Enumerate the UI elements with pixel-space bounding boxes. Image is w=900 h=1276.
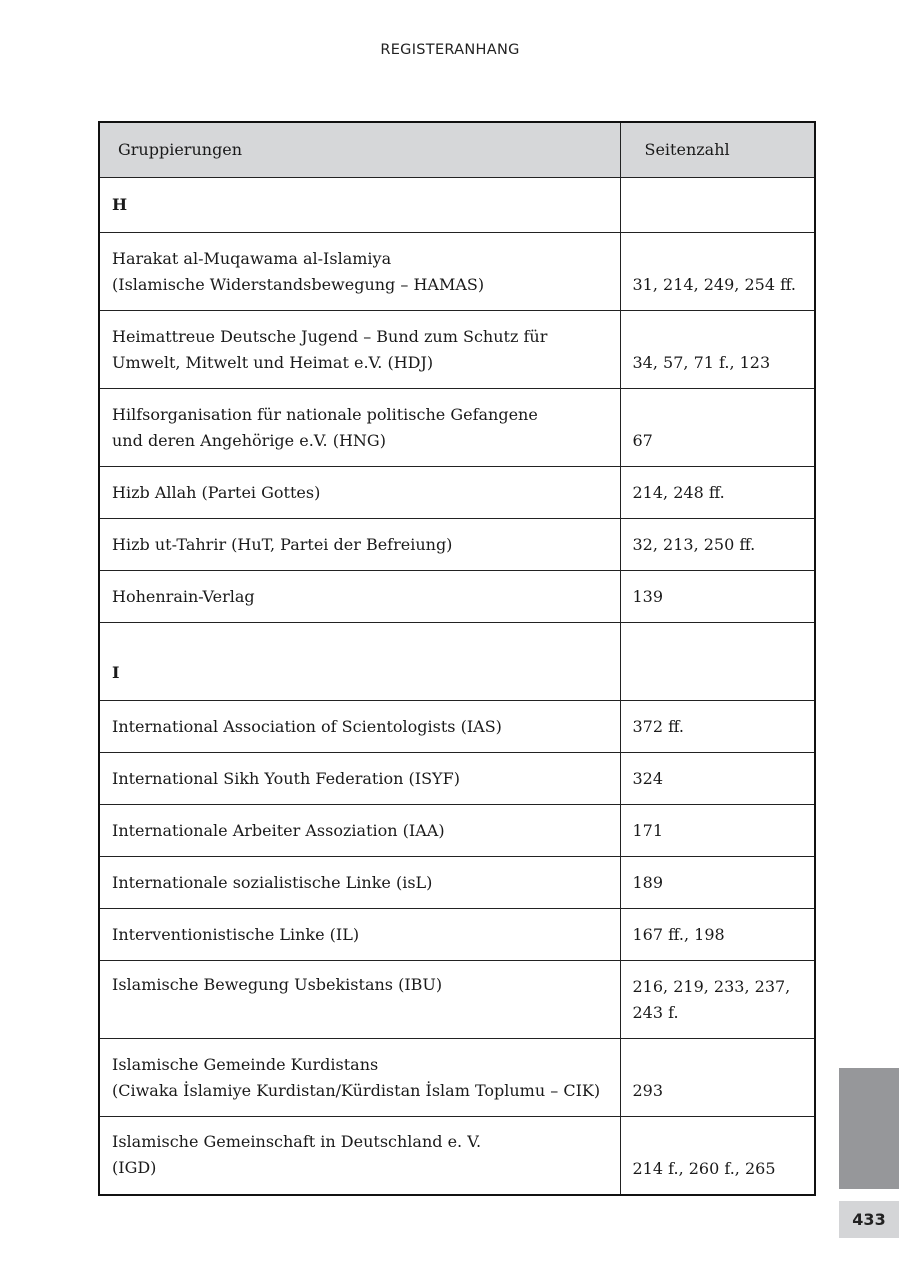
group-name-line: und deren Angehörige e.V. (HNG) (112, 428, 608, 454)
page-refs-line: 189 (633, 870, 803, 896)
page-refs-line: 214 f., 260 f., 265 (633, 1156, 803, 1182)
page-refs: 189 (620, 857, 815, 909)
column-header-groups: Gruppierungen (99, 122, 620, 178)
group-name: Islamische Gemeinschaft in Deutschland e… (99, 1117, 620, 1195)
group-name-line: Internationale Arbeiter Assoziation (IAA… (112, 818, 608, 844)
page-refs: 31, 214, 249, 254 ff. (620, 233, 815, 311)
index-table: Gruppierungen Seitenzahl HHarakat al-Muq… (98, 121, 816, 1196)
group-name: Hohenrain-Verlag (99, 571, 620, 623)
page-refs: 214, 248 ff. (620, 467, 815, 519)
table-row: Interventionistische Linke (IL)167 ff., … (99, 909, 815, 961)
table-row: Internationale Arbeiter Assoziation (IAA… (99, 805, 815, 857)
group-name-line: Internationale sozialistische Linke (isL… (112, 870, 608, 896)
section-letter: H (99, 178, 620, 233)
group-name-line: Islamische Gemeinde Kurdistans (112, 1052, 608, 1078)
page-refs: 34, 57, 71 f., 123 (620, 311, 815, 389)
page-refs: 139 (620, 571, 815, 623)
table-row: Harakat al-Muqawama al-Islamiya(Islamisc… (99, 233, 815, 311)
page-refs-line: 324 (633, 766, 803, 792)
group-name-line: (IGD) (112, 1155, 608, 1181)
page-refs: 372 ff. (620, 701, 815, 753)
group-name: International Association of Scientologi… (99, 701, 620, 753)
group-name-line: Hizb Allah (Partei Gottes) (112, 480, 608, 506)
group-name-line: Islamische Bewegung Usbekistans (IBU) (112, 972, 608, 998)
table-row: Islamische Bewegung Usbekistans (IBU)216… (99, 961, 815, 1039)
table-row: Hizb Allah (Partei Gottes)214, 248 ff. (99, 467, 815, 519)
table-row: Islamische Gemeinde Kurdistans(Ciwaka İs… (99, 1039, 815, 1117)
page-refs-line: 171 (633, 818, 803, 844)
group-name: Heimattreue Deutsche Jugend – Bund zum S… (99, 311, 620, 389)
table-row: Internationale sozialistische Linke (isL… (99, 857, 815, 909)
table-header-row: Gruppierungen Seitenzahl (99, 122, 815, 178)
page-refs: 293 (620, 1039, 815, 1117)
group-name-line: (Islamische Widerstandsbewegung – HAMAS) (112, 272, 608, 298)
section-pages (620, 623, 815, 701)
group-name-line: Heimattreue Deutsche Jugend – Bund zum S… (112, 324, 608, 350)
page-refs-line: 293 (633, 1078, 803, 1104)
page-refs: 324 (620, 753, 815, 805)
group-name: Islamische Bewegung Usbekistans (IBU) (99, 961, 620, 1039)
table-row: Islamische Gemeinschaft in Deutschland e… (99, 1117, 815, 1195)
group-name: Harakat al-Muqawama al-Islamiya(Islamisc… (99, 233, 620, 311)
section-letter: I (99, 623, 620, 701)
page-refs-line: 372 ff. (633, 714, 803, 740)
page-number: 433 (839, 1201, 899, 1238)
table-row: International Association of Scientologi… (99, 701, 815, 753)
table-row: Hohenrain-Verlag139 (99, 571, 815, 623)
group-name: Internationale Arbeiter Assoziation (IAA… (99, 805, 620, 857)
group-name-line: Hizb ut-Tahrir (HuT, Partei der Befreiun… (112, 532, 608, 558)
group-name-line: Hohenrain-Verlag (112, 584, 608, 610)
page-refs: 32, 213, 250 ff. (620, 519, 815, 571)
group-name: Hilfsorganisation für nationale politisc… (99, 389, 620, 467)
group-name-line: (Ciwaka İslamiye Kurdistan/Kürdistan İsl… (112, 1078, 608, 1104)
section-row: H (99, 178, 815, 233)
group-name-line: Hilfsorganisation für nationale politisc… (112, 402, 608, 428)
table-row: Heimattreue Deutsche Jugend – Bund zum S… (99, 311, 815, 389)
column-header-pages: Seitenzahl (620, 122, 815, 178)
group-name: Interventionistische Linke (IL) (99, 909, 620, 961)
page-refs: 214 f., 260 f., 265 (620, 1117, 815, 1195)
page-refs: 171 (620, 805, 815, 857)
group-name-line: Interventionistische Linke (IL) (112, 922, 608, 948)
section-row: I (99, 623, 815, 701)
page-refs-line: 167 ff., 198 (633, 922, 803, 948)
group-name: Hizb Allah (Partei Gottes) (99, 467, 620, 519)
group-name: Hizb ut-Tahrir (HuT, Partei der Befreiun… (99, 519, 620, 571)
group-name-line: Harakat al-Muqawama al-Islamiya (112, 246, 608, 272)
table-body: HHarakat al-Muqawama al-Islamiya(Islamis… (99, 178, 815, 1195)
table-row: Hizb ut-Tahrir (HuT, Partei der Befreiun… (99, 519, 815, 571)
group-name-line: International Sikh Youth Federation (ISY… (112, 766, 608, 792)
page-refs: 67 (620, 389, 815, 467)
page-refs: 216, 219, 233, 237,243 f. (620, 961, 815, 1039)
page-refs-line: 32, 213, 250 ff. (633, 532, 803, 558)
page-refs-line: 34, 57, 71 f., 123 (633, 350, 803, 376)
group-name: International Sikh Youth Federation (ISY… (99, 753, 620, 805)
group-name-line: Umwelt, Mitwelt und Heimat e.V. (HDJ) (112, 350, 608, 376)
page-refs-line: 67 (633, 428, 803, 454)
group-name: Islamische Gemeinde Kurdistans(Ciwaka İs… (99, 1039, 620, 1117)
page-refs-line: 139 (633, 584, 803, 610)
thumb-index-tab (839, 1068, 899, 1189)
table-row: Hilfsorganisation für nationale politisc… (99, 389, 815, 467)
group-name: Internationale sozialistische Linke (isL… (99, 857, 620, 909)
page-refs-line: 31, 214, 249, 254 ff. (633, 272, 803, 298)
page-refs-line: 216, 219, 233, 237, (633, 974, 803, 1000)
group-name-line: International Association of Scientologi… (112, 714, 608, 740)
page-refs: 167 ff., 198 (620, 909, 815, 961)
page-refs-line: 243 f. (633, 1000, 803, 1026)
table-row: International Sikh Youth Federation (ISY… (99, 753, 815, 805)
group-name-line: Islamische Gemeinschaft in Deutschland e… (112, 1129, 608, 1155)
section-pages (620, 178, 815, 233)
running-head: REGISTERANHANG (0, 42, 900, 58)
page-refs-line: 214, 248 ff. (633, 480, 803, 506)
